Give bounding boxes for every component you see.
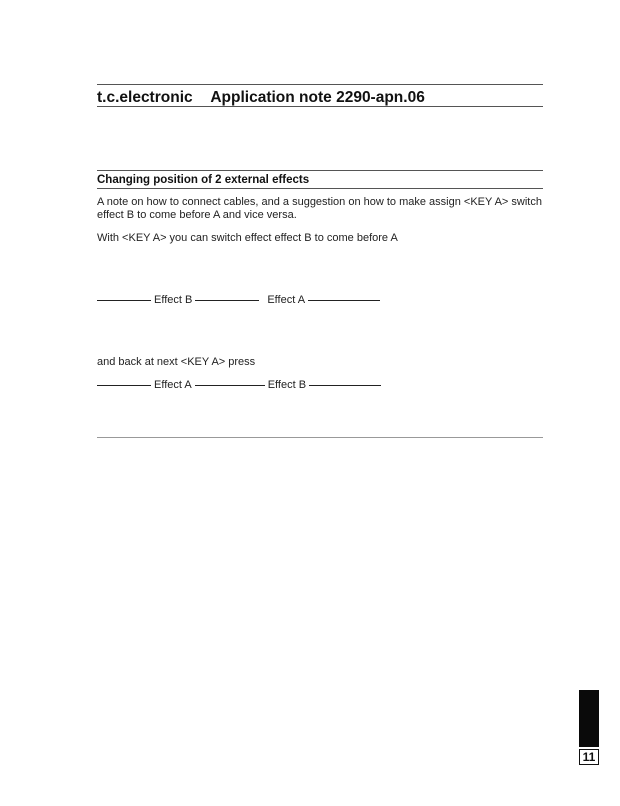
- cable-line: [97, 300, 151, 301]
- document-header: t.c.electronic Application note 2290-apn…: [97, 89, 425, 107]
- chapter-tab-marker: [579, 690, 599, 747]
- intro-paragraph: A note on how to connect cables, and a s…: [97, 196, 547, 222]
- page-number: 11: [579, 749, 599, 765]
- signal-chain-b-before-a: Effect B Effect A: [97, 293, 380, 307]
- section-top-rule: [97, 170, 543, 171]
- section-bottom-rule: [97, 188, 543, 189]
- document-title: Application note 2290-apn.06: [210, 89, 424, 106]
- back-paragraph: and back at next <KEY A> press: [97, 356, 547, 369]
- header-top-rule: [97, 84, 543, 85]
- cable-line: [97, 385, 151, 386]
- cable-line: [308, 300, 380, 301]
- header-bottom-rule: [97, 106, 543, 107]
- cable-line: [309, 385, 381, 386]
- effect-label: Effect A: [259, 294, 308, 306]
- cable-line: [195, 300, 259, 301]
- effect-label: Effect B: [151, 294, 195, 306]
- switch-paragraph: With <KEY A> you can switch effect effec…: [97, 232, 547, 245]
- brand-name: t.c.electronic: [97, 89, 193, 106]
- signal-chain-a-before-b: Effect A Effect B: [97, 378, 381, 392]
- section-title: Changing position of 2 external effects: [97, 174, 309, 186]
- effect-label: Effect A: [151, 379, 195, 391]
- footer-rule: [97, 437, 543, 438]
- effect-label: Effect B: [265, 379, 309, 391]
- cable-line: [195, 385, 265, 386]
